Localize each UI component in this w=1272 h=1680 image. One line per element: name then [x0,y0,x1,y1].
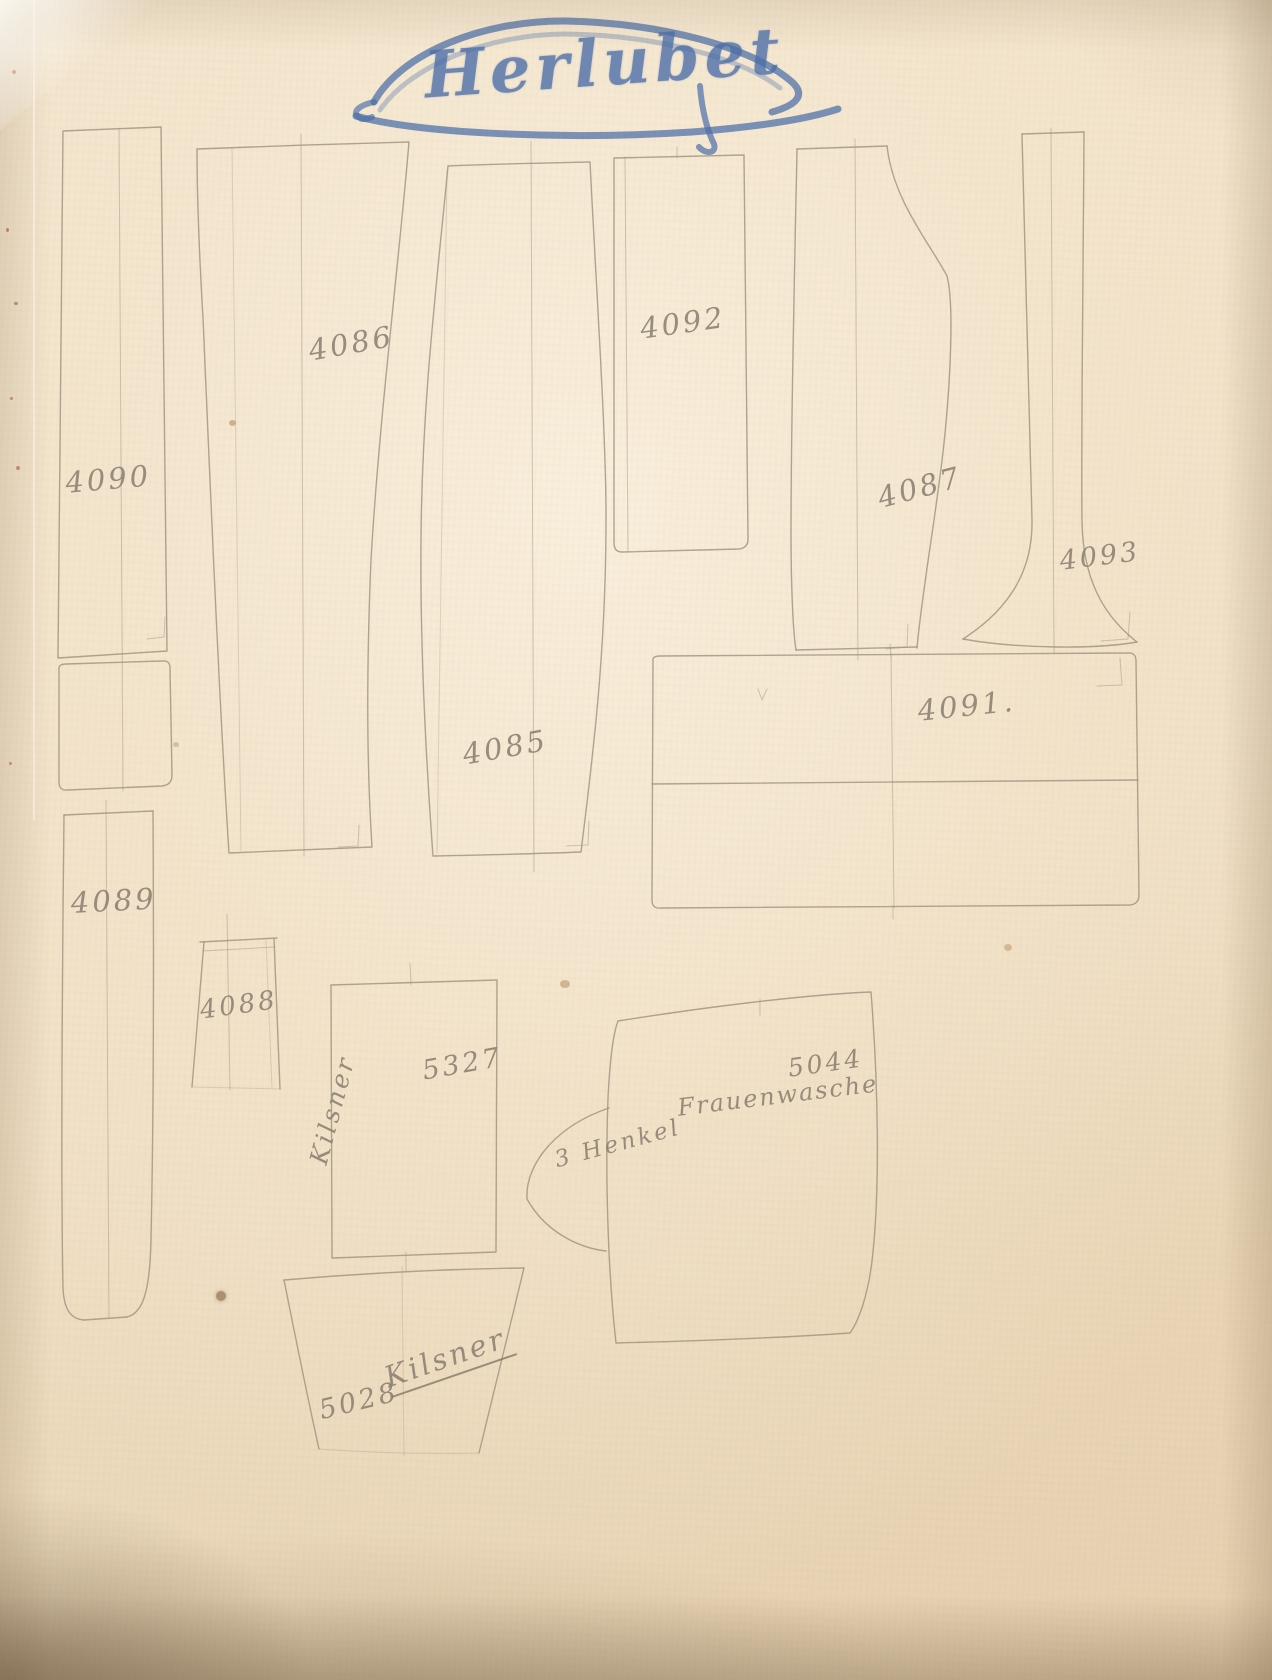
sketch-4087-top [797,146,887,149]
sketch-4087-centerline [855,139,858,660]
sketch-5327-tick-top [410,963,411,985]
sketch-4086-corner-mark [338,825,359,847]
sketch-4091-arrow-tick [758,689,767,700]
sketch-4089-centerline [106,800,109,1319]
sketch-4089-top [64,811,153,815]
sketch-5327-outline [331,980,497,1258]
sketch-5028-bottom [319,1449,479,1453]
sketch-5044-outline [607,992,877,1343]
paper-sheet: Herlubet 4090 4086 4092 4087 4093 4091. … [0,0,1272,1680]
sketch-4090-outline [58,127,167,658]
sketch-4089-bottom [84,1317,127,1320]
sketch-4091-centerline [891,654,894,908]
sketch-4093-corner-mark [1101,612,1130,641]
sketch-4090-lower [59,661,172,790]
sketch-4093-top [1022,132,1084,134]
sketch-4085-corner-mark [566,821,589,846]
sketch-4093-centerline [1051,128,1054,653]
title-underline-hook [356,102,374,119]
pencil-sketches [0,0,1272,1680]
sketch-4090-corner-mark [147,617,165,639]
sketch-4093-left [963,134,1032,639]
sketch-4090-centerline [119,128,123,791]
label-4089: 4089 [70,882,157,920]
sketch-4087-corner-mark [886,624,908,649]
sketch-4087-right [887,146,951,648]
sketch-4091-corner-mark [1097,658,1122,686]
sketch-4088-bottom [192,1087,280,1089]
sketch-4085-centerline [531,141,534,872]
sketch-4087-left [791,149,797,650]
sketch-5028-left [284,1280,319,1449]
sketch-4086-inner-line [232,148,241,851]
sketch-4088-rim [200,938,277,942]
sketch-5044-bulge [527,1108,609,1251]
sketch-4086-centerline [301,134,304,856]
sketch-4092-inner-line [625,157,628,551]
title-descender-stroke [699,86,715,152]
sketch-4088-rim-inner [203,947,275,951]
sketch-4091-divider [652,780,1138,784]
sketch-4085-inner-line [437,170,447,853]
sketch-5028-top [284,1268,524,1280]
pencil-layer [58,127,1139,1456]
sketch-4092-outline [614,155,748,552]
